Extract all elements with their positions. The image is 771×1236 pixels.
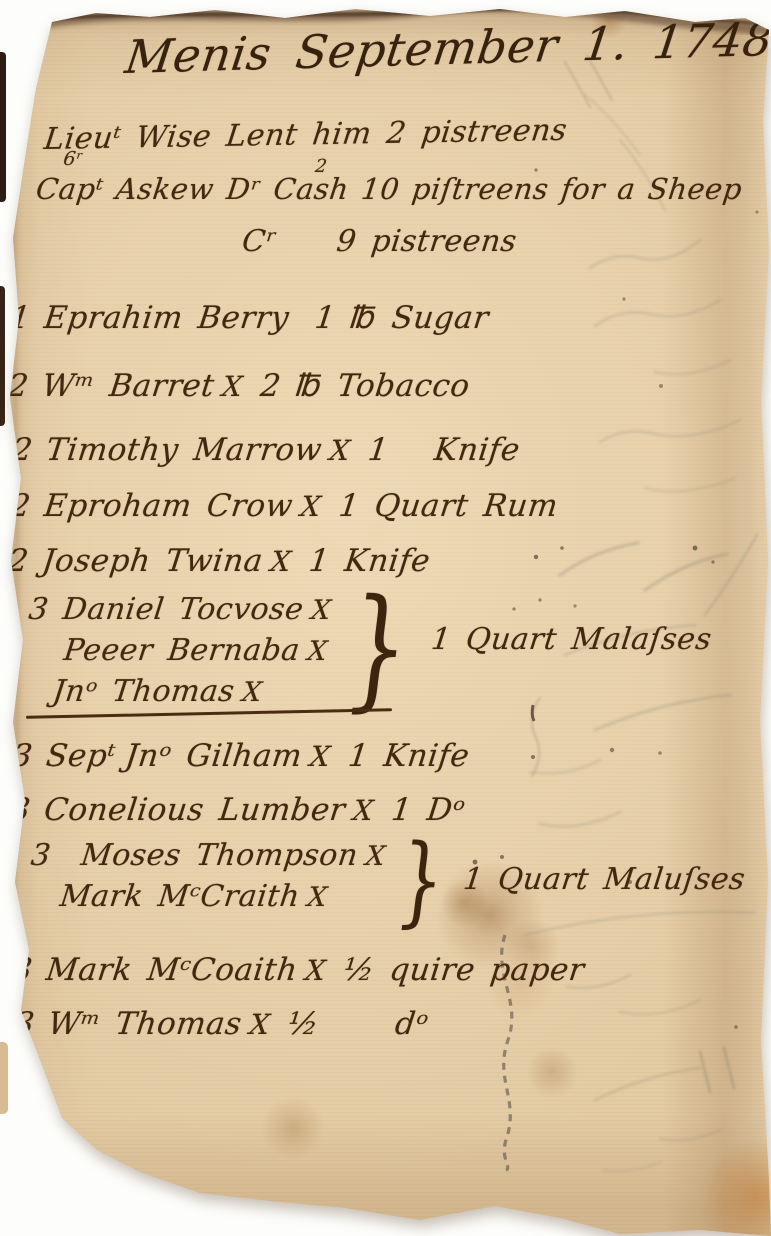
entry-name: Wᵐ Thomas	[46, 1006, 244, 1042]
group-names: Daniel TocvoseX Peeer BernabaX Jnᵒ Thoma…	[50, 592, 341, 715]
entry-name: Mark MᶜCraith	[58, 879, 302, 914]
entry-x-mark: X	[328, 434, 352, 467]
entry-name: Peeer Bernaba	[62, 633, 302, 668]
grouping-brace: }	[393, 832, 450, 930]
manuscript-page: Menis September 1. 1748 Lieuᵗ Wise Lent …	[0, 0, 771, 1236]
entry-day-number: 3	[29, 838, 67, 874]
entry-day-number: 3	[12, 1006, 51, 1043]
ledger-entry: 2Timothy MarrowX1 Knife	[10, 432, 522, 469]
memo-line-2: Capᵗ Askew Dʳ Cash 10 piſtreens for a Sh…	[34, 172, 744, 207]
entry-item: 2 ℔ Tobacco	[258, 368, 471, 404]
entry-x-mark: X	[240, 677, 264, 708]
entry-month-prefix: Sepᵗ	[44, 738, 117, 774]
group-name-line: Moses ThompsonX	[62, 838, 393, 879]
entry-x-mark	[295, 302, 299, 335]
group-name-line: Jnᵒ ThomasX	[50, 674, 331, 715]
entry-item: 1 Knife	[366, 432, 522, 468]
entry-x-mark: X	[248, 1008, 272, 1041]
entry-day-number: 3	[10, 738, 49, 775]
ledger-entry: 2Eproham CrowX1 Quart Rum	[8, 488, 560, 525]
entry-name: Mark MᶜCoaith	[44, 952, 299, 988]
entry-name: Joseph Twina	[40, 543, 265, 579]
entry-name: Wᵐ Barret	[40, 368, 216, 404]
pen-flourish	[502, 705, 534, 1170]
entry-name: Timothy Marrow	[44, 432, 324, 468]
ledger-entry: 3SepᵗJnᵒ GilhamX1 Knife	[10, 738, 472, 775]
entry-name: Moses Thompson	[79, 838, 360, 873]
entry-x-mark: X	[306, 882, 330, 913]
entry-item: 1 Dᵒ	[389, 792, 467, 828]
ledger-entry: 1Eprahim Berry1 ℔ Sugar	[8, 300, 491, 337]
ledger-group-entry: 3 Daniel TocvoseX Peeer BernabaX Jnᵒ Tho…	[16, 592, 717, 715]
memo-line-1: Lieuᵗ Wise Lent him 2 pistreens	[42, 113, 569, 158]
page-title: Menis September 1. 1748	[122, 12, 771, 85]
group-name-line: Daniel TocvoseX	[60, 592, 341, 633]
entry-day-number: 2	[10, 432, 49, 469]
entry-name: Daniel Tocvose	[61, 592, 306, 627]
entry-item: ½ dᵒ	[286, 1006, 431, 1042]
entry-day-number: 3	[8, 792, 47, 829]
entry-x-mark: X	[220, 370, 244, 403]
entry-item: ½ quire paper	[342, 952, 587, 988]
entry-item: 1 Quart Malaſses	[429, 622, 714, 658]
entry-item: 1 Knife	[346, 738, 471, 774]
entry-x-mark: X	[351, 794, 375, 827]
entry-item: 1 Quart Rum	[337, 488, 560, 524]
ledger-group-entry: 3 Moses ThompsonX Mark MᶜCraithX } 1 Qua…	[22, 838, 750, 930]
scanned-manuscript: Menis September 1. 1748 Lieuᵗ Wise Lent …	[0, 0, 771, 1236]
ledger-entry: 3Wᵐ ThomasX½ dᵒ	[12, 1006, 430, 1043]
entry-day-number: 2	[6, 368, 45, 405]
entry-item: 1 Quart Maluſses	[461, 862, 747, 898]
entry-name: Jnᵒ Thomas	[51, 674, 237, 709]
entry-day-number: 3	[27, 592, 65, 628]
memo-line-3: Cʳ 9 pistreens	[240, 224, 519, 260]
entry-name: Eprahim Berry	[42, 300, 291, 336]
entry-day-number: 1	[8, 300, 47, 337]
ledger-entry: 2Wᵐ BarretX2 ℔ Tobacco	[6, 368, 472, 405]
entry-x-mark: X	[364, 841, 388, 872]
memo-superscript-note: 6ʳ	[62, 148, 84, 171]
entry-x-mark: X	[308, 740, 332, 773]
entry-day-number: 2	[8, 488, 47, 525]
ledger-entry: 3Mark MᶜCoaithX½ quire paper	[10, 952, 586, 989]
entry-item: 1 ℔ Sugar	[313, 300, 491, 336]
entry-x-mark: X	[306, 636, 330, 667]
entry-name: Jnᵒ Gilham	[123, 738, 304, 774]
entry-x-mark: X	[299, 490, 323, 523]
entry-name: Eproham Crow	[42, 488, 295, 524]
entry-x-mark: X	[303, 954, 327, 987]
entry-x-mark: X	[269, 545, 293, 578]
group-name-line: Peeer BernabaX	[55, 633, 336, 674]
group-name-line: Mark MᶜCraithX	[57, 879, 388, 920]
grouping-brace: }	[340, 582, 417, 714]
entry-day-number: 3	[10, 952, 49, 989]
paper-wrap: Menis September 1. 1748 Lieuᵗ Wise Lent …	[0, 0, 771, 1236]
entry-x-mark: X	[309, 595, 333, 626]
entry-name: Conelious Lumber	[42, 792, 347, 828]
entry-day-number: 2	[6, 543, 45, 580]
ledger-entry: 3Conelious LumberX1 Dᵒ	[8, 792, 467, 829]
group-names: Moses ThompsonX Mark MᶜCraithX	[57, 838, 393, 920]
